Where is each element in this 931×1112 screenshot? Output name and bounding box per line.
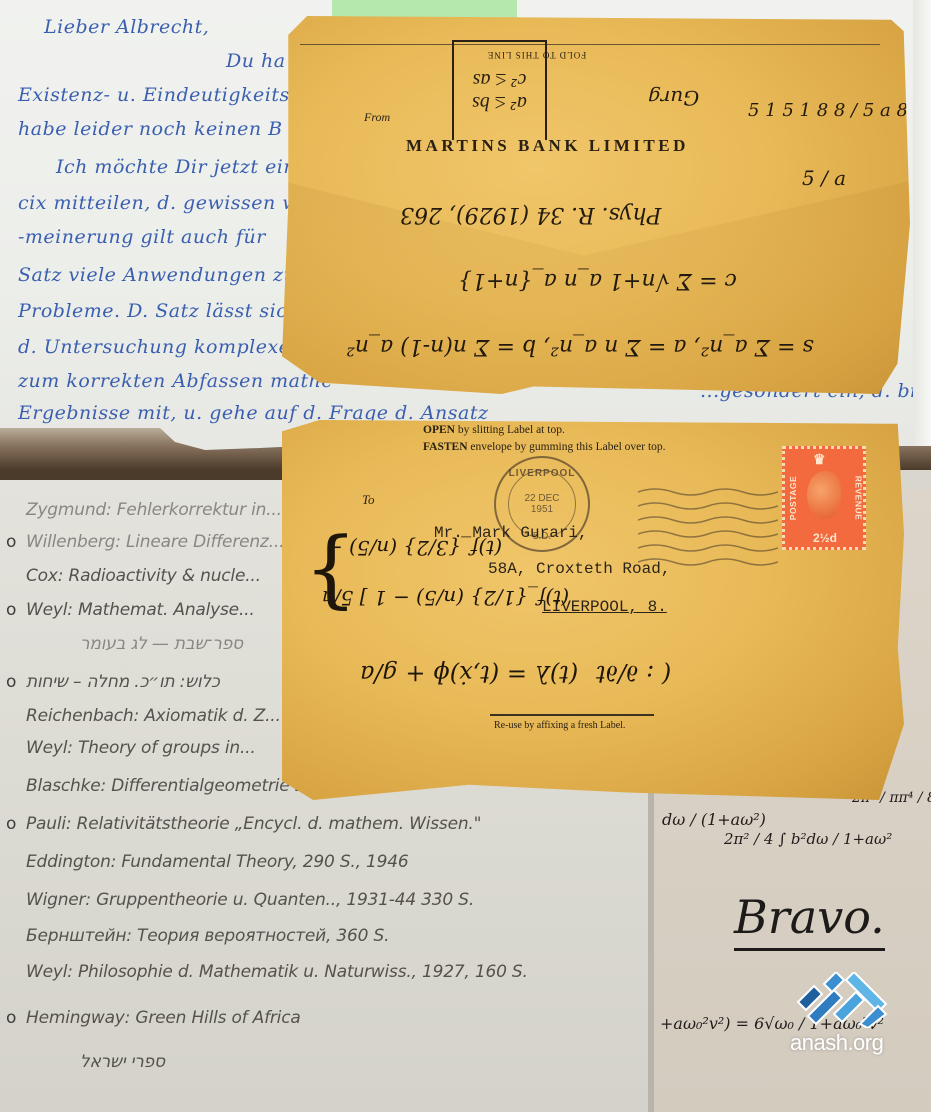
inequality: a² ≤ bs: [472, 91, 527, 114]
handwritten-reference: Phys. R. 34 (1929), 263: [400, 202, 661, 227]
entry-bullet: o: [6, 672, 26, 692]
book-entry: Бернштейн: Теория вероятностей, 360 S.: [6, 926, 389, 946]
stamp-revenue-label: REVENUE: [854, 476, 864, 521]
entry-text: כלוש: תו״כ. מחלה – שיחות: [26, 672, 220, 692]
entry-text: Pauli: Relativitätstheorie „Encycl. d. m…: [26, 814, 481, 834]
handwritten-equation: s = Σ a_n², a = Σ n a_n², b = Σ n(n-1) a…: [346, 334, 814, 359]
letter-line: zum korrekten Abfassen mathe: [18, 370, 333, 392]
entry-text: Бернштейн: Теория вероятностей, 360 S.: [26, 926, 389, 946]
handwritten-equation: (t)f_{3/2} (n/5) −: [326, 536, 502, 560]
handwritten-fractions: 5 1 5 1 8 8 / 5 a 8 a: [748, 100, 924, 121]
book-entry: ספר־שבת — לג בעומר: [80, 634, 243, 654]
reuse-label: Re-use by affixing a fresh Label.: [494, 720, 625, 731]
letter-line: Du ha: [226, 50, 286, 72]
book-entry: oPauli: Relativitätstheorie „Encycl. d. …: [6, 814, 481, 834]
letter-line: -meinerung gilt auch für: [18, 226, 266, 248]
to-label: To: [362, 492, 375, 508]
stamp-postage-label: POSTAGE: [788, 476, 798, 520]
inequality: c² ≤ as: [473, 68, 527, 91]
letter-line: Satz viele Anwendungen zu: [18, 264, 296, 286]
instruction-keyword: FASTEN: [423, 441, 468, 453]
addressed-envelope: OPEN by slitting Label at top. FASTEN en…: [282, 420, 904, 800]
stamp-value: 2½d: [813, 531, 837, 545]
math-formula: dω / (1+aω²): [662, 810, 766, 829]
entry-bullet: o: [6, 814, 26, 834]
postage-stamp: ♛ POSTAGE REVENUE 2½d: [782, 446, 866, 550]
instruction-text: envelope by gumming this Label over top.: [468, 441, 666, 453]
postmark-city: LIVERPOOL: [509, 468, 576, 479]
book-entry-signature: ספרי ישראל: [80, 1052, 165, 1072]
entry-text: ספר־שבת — לג בעומר: [80, 634, 243, 654]
book-entry: Eddington: Fundamental Theory, 290 S., 1…: [6, 852, 409, 872]
anash-logo-icon: [794, 972, 890, 1028]
entry-bullet: o: [6, 1008, 26, 1028]
bank-name: MARTINS BANK LIMITED: [406, 136, 689, 156]
letter-line: Ich möchte Dir jetzt ein: [56, 156, 296, 178]
book-entry: Reichenbach: Axiomatik d. Z...: [6, 706, 281, 726]
book-entry: Wigner: Gruppentheorie u. Quanten.., 193…: [6, 890, 474, 910]
entry-text: Zygmund: Fehlerkorrektur in...: [26, 500, 282, 520]
entry-bullet: o: [6, 532, 26, 552]
letter-line: Existenz- u. Eindeutigkeits: [18, 84, 290, 106]
martins-bank-envelope: FOLD TO THIS LINE a² ≤ bs c² ≤ as From M…: [282, 16, 910, 394]
fold-rule: [300, 44, 880, 45]
letter-line: Probleme. D. Satz lässt sich: [18, 300, 300, 322]
king-portrait-icon: [807, 471, 841, 519]
math-formula: 2π² / 4 ∫ b²dω / 1+aω²: [724, 830, 892, 848]
address-line-street: 58A, Croxteth Road,: [488, 560, 670, 578]
book-entry: Weyl: Philosophie d. Mathematik u. Natur…: [6, 962, 528, 982]
letter-line: d. Untersuchung komplexer: [18, 336, 300, 358]
entry-text: Cox: Radioactivity & nucle...: [26, 566, 261, 586]
book-entry: Weyl: Theory of groups in...: [6, 738, 256, 758]
from-label: From: [364, 110, 390, 125]
entry-bullet: o: [6, 600, 26, 620]
entry-text: Weyl: Theory of groups in...: [26, 738, 256, 758]
handwritten-signature: Gurg: [648, 86, 699, 110]
book-entry: Cox: Radioactivity & nucle...: [6, 566, 261, 586]
reuse-rule: [490, 714, 654, 716]
watermark-text: anash.org: [790, 1030, 883, 1056]
postmark-year: 1951: [531, 504, 553, 515]
book-entry: oWeyl: Mathemat. Analyse...: [6, 600, 255, 620]
letter-line: cix mitteilen, d. gewissen w: [18, 192, 299, 214]
anash-watermark: anash.org: [786, 972, 896, 1060]
letter-right-edge: [913, 0, 931, 470]
handwritten-equation: (t)λ = (t,ẋ)ɸ + g/a: [360, 660, 578, 688]
book-entry: Zygmund: Fehlerkorrektur in...: [6, 500, 282, 520]
handwritten-equation: (t)f_{1/2} (n/5) − 1 ] 5/a: [322, 586, 569, 610]
book-entry: oכלוש: תו״כ. מחלה – שיחות: [6, 672, 220, 692]
entry-text: Weyl: Philosophie d. Mathematik u. Natur…: [26, 962, 528, 982]
entry-text: Hemingway: Green Hills of Africa: [26, 1008, 301, 1028]
entry-text: Wigner: Gruppentheorie u. Quanten.., 193…: [26, 890, 474, 910]
postmark-date: 22 DEC: [524, 493, 559, 504]
handwritten-equation: ( : ∂/∂t: [596, 660, 671, 688]
boxed-inequalities: a² ≤ bs c² ≤ as: [452, 40, 547, 140]
book-entry: oHemingway: Green Hills of Africa: [6, 1008, 301, 1028]
entry-text: Reichenbach: Axiomatik d. Z...: [26, 706, 281, 726]
book-entry: oWillenberg: Lineare Differenz...: [6, 532, 284, 552]
entry-text: ספרי ישראל: [80, 1052, 165, 1072]
letter-salutation: Lieber Albrecht,: [44, 16, 209, 38]
envelope-instructions: OPEN by slitting Label at top. FASTEN en…: [423, 422, 666, 456]
entry-text: Weyl: Mathemat. Analyse...: [26, 600, 255, 620]
entry-text: Willenberg: Lineare Differenz...: [26, 532, 284, 552]
instruction-text: by slitting Label at top.: [455, 424, 565, 436]
bravo-note: Bravo.: [734, 890, 885, 951]
letter-line: habe leider noch keinen B: [18, 118, 283, 140]
entry-text: Eddington: Fundamental Theory, 290 S., 1…: [26, 852, 409, 872]
handwritten-equation: c = Σ √n+1 a_n a_{n+1}: [458, 268, 737, 293]
crown-icon: ♛: [813, 451, 826, 468]
handwritten-fraction: 5 / a: [802, 166, 846, 190]
instruction-keyword: OPEN: [423, 424, 455, 436]
